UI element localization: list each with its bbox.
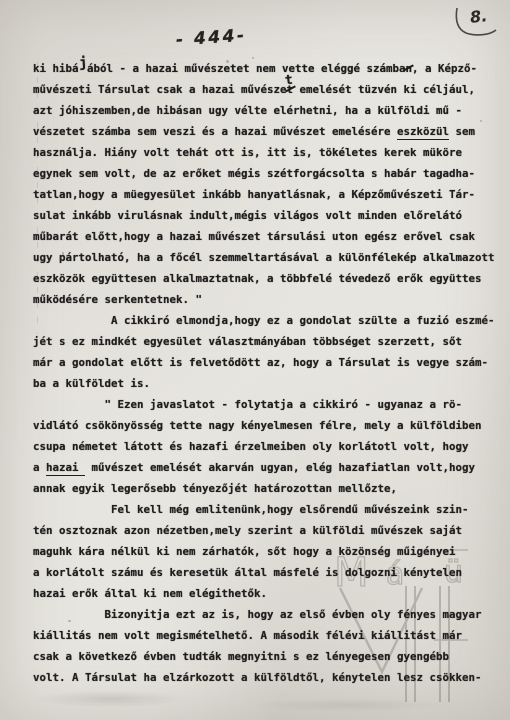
text-segment: , a Képző- [412, 62, 477, 75]
text-segment: vidlátó csökönyösség tette nagy kényelme… [33, 419, 482, 432]
text-segment: egynek sem volt, de az erőket mégis szét… [33, 167, 475, 180]
text-segment: művészet emelését akarván ugyan, elég ha… [85, 461, 475, 474]
text-line: a korlátolt számu és keresetük által más… [33, 562, 505, 583]
text-segment: volt. A Társulat ha elzárkozott a külföl… [33, 671, 482, 684]
text-line: egynek sem volt, de az erőket mégis szét… [33, 163, 505, 184]
text-line: ki hibájából - a hazai művészetet nem ve… [33, 58, 505, 79]
speckle [252, 57, 254, 59]
text-segment: Fel kell még emlitenünk,hogy elsőrendű m… [33, 503, 469, 516]
text-segment: vészetet számba sem veszi és a hazai műv… [33, 125, 397, 138]
text-segment: a [33, 461, 46, 474]
text-segment: " Ezen javaslatot - folytatja a cikkiró … [33, 398, 462, 411]
text-line: művészeti Társulat csak a hazai művészet… [33, 79, 505, 100]
text-segment: csupa németet látott és hazafi érzelmeib… [33, 440, 469, 453]
corner-page-number: 8. [450, 4, 498, 44]
paragraph: ki hibájából - a hazai művészetet nem ve… [33, 58, 505, 310]
text-line: annak egyik legerősebb tényezőjét határo… [33, 478, 505, 499]
speckle [62, 252, 64, 255]
text-line: eszközök együttesen alkalmaztatnak, a tö… [33, 268, 505, 289]
struck-character: n [405, 62, 412, 75]
handwritten-insertion: j [79, 63, 87, 64]
text-line: volt. A Társulat ha elzárkozott a külföl… [33, 667, 505, 688]
text-segment: működésére serkentetnek. " [33, 293, 202, 306]
text-block: ki hibájából - a hazai művészetet nem ve… [33, 58, 505, 688]
text-line: használja. Hiány volt tehát ott is, itt … [33, 142, 505, 163]
paragraph: Bizonyitja ezt az is, hogy az első évben… [33, 604, 505, 688]
text-segment: ából - a hazai művészetet nem vette elég… [87, 62, 406, 75]
text-segment: tatlan,hogy a müegyesület inkább hanyatl… [33, 188, 475, 201]
smudge [250, 698, 450, 712]
text-line: csak a következő évben tudták megnyitni … [33, 646, 505, 667]
paragraph: Fel kell még emlitenünk,hogy elsőrendű m… [33, 499, 505, 604]
text-segment: hazai [46, 461, 85, 476]
text-line: műbarát előtt,hogy a hazai művészet társ… [33, 226, 505, 247]
text-line: A cikkiró elmondja,hogy ez a gondolat sz… [33, 310, 505, 331]
corner-page-number-text: 8. [469, 6, 488, 27]
text-line: " Ezen javaslatot - folytatja a cikkiró … [33, 394, 505, 415]
speckle [68, 620, 71, 622]
text-line: jét s ez mindkét egyesület választmányáb… [33, 331, 505, 352]
text-line: tén osztoznak azon nézetben,mely szerint… [33, 520, 505, 541]
text-segment: azt jóhiszemben,de hibásan ugy vélte elé… [33, 104, 462, 117]
text-segment: már a gondolat előtt is felvetődött az, … [33, 356, 488, 369]
text-segment: a korlátolt számu és keresetük által más… [33, 566, 462, 579]
text-segment: tén osztoznak azon nézetben,mely szerint… [33, 524, 462, 537]
text-segment: jét s ez mindkét egyesület választmányáb… [33, 335, 462, 348]
page-number: - 444- [175, 26, 247, 51]
text-segment: A cikkiró elmondja,hogy ez a gondolat sz… [33, 314, 495, 327]
text-line: tatlan,hogy a müegyesület inkább hanyatl… [33, 184, 505, 205]
paragraph: " Ezen javaslatot - folytatja a cikkiró … [33, 394, 505, 499]
handwritten-correction: t [283, 70, 293, 92]
text-line: azt jóhiszemben,de hibásan ugy vélte elé… [33, 100, 505, 121]
margin-crease [37, 62, 38, 334]
text-segment: eszközök együttesen alkalmaztatnak, a tö… [33, 272, 482, 285]
text-segment: annak egyik legerősebb tényezőjét határo… [33, 482, 397, 495]
text-line: vidlátó csökönyösség tette nagy kényelme… [33, 415, 505, 436]
text-line: ugy pártolható, ha a főcél szemmeltartás… [33, 247, 505, 268]
text-segment: csak a következő évben tudták megnyitni … [33, 650, 449, 663]
text-segment: ba a külföldet is. [33, 377, 150, 390]
text-line: kiállitás nem volt megismételhető. A más… [33, 625, 505, 646]
struck-character: tt [287, 83, 294, 96]
text-line: maguhk kára nélkül ki nem zárhatók, sőt … [33, 541, 505, 562]
speckle [480, 120, 482, 122]
text-segment: maguhk kára nélkül ki nem zárhatók, sőt … [33, 545, 456, 558]
text-segment: Bizonyitja ezt az is, hogy az első évben… [33, 608, 482, 621]
text-segment: sulat inkább virulásnak indult,mégis vil… [33, 209, 462, 222]
text-line: hazai erők által ki nem elégithetők. [33, 583, 505, 604]
text-line: ba a külföldet is. [33, 373, 505, 394]
text-segment: műbarát előtt,hogy a hazai művészet társ… [33, 230, 475, 243]
text-line: már a gondolat előtt is felvetődött az, … [33, 352, 505, 373]
text-segment: művészeti Társulat csak a hazai művésze [33, 83, 287, 96]
text-segment: ki hibá [33, 62, 79, 75]
text-line: Bizonyitja ezt az is, hogy az első évben… [33, 604, 505, 625]
text-segment: használja. Hiány volt tehát ott is, itt … [33, 146, 462, 159]
text-segment: ugy pártolható, ha a főcél szemmeltartás… [33, 251, 495, 264]
paragraph: A cikkiró elmondja,hogy ez a gondolat sz… [33, 310, 505, 394]
text-line: sulat inkább virulásnak indult,mégis vil… [33, 205, 505, 226]
text-line: csupa németet látott és hazafi érzelmeib… [33, 436, 505, 457]
smudge [36, 690, 186, 708]
text-line: Fel kell még emlitenünk,hogy elsőrendű m… [33, 499, 505, 520]
text-segment: sem [449, 125, 475, 138]
text-line: a hazai művészet emelését akarván ugyan,… [33, 457, 505, 478]
scanned-document-page: - 444- 8. M á ü ki hibájából - a hazai m… [0, 0, 510, 720]
text-segment: eszközül [397, 125, 449, 140]
text-segment: emelését tüzvén ki céljául, [293, 83, 475, 96]
text-segment: kiállitás nem volt megismételhető. A más… [33, 629, 462, 642]
text-line: vészetet számba sem veszi és a hazai műv… [33, 121, 505, 142]
text-line: működésére serkentetnek. " [33, 289, 505, 310]
speckle [226, 60, 229, 63]
text-segment: hazai erők által ki nem elégithetők. [33, 587, 267, 600]
